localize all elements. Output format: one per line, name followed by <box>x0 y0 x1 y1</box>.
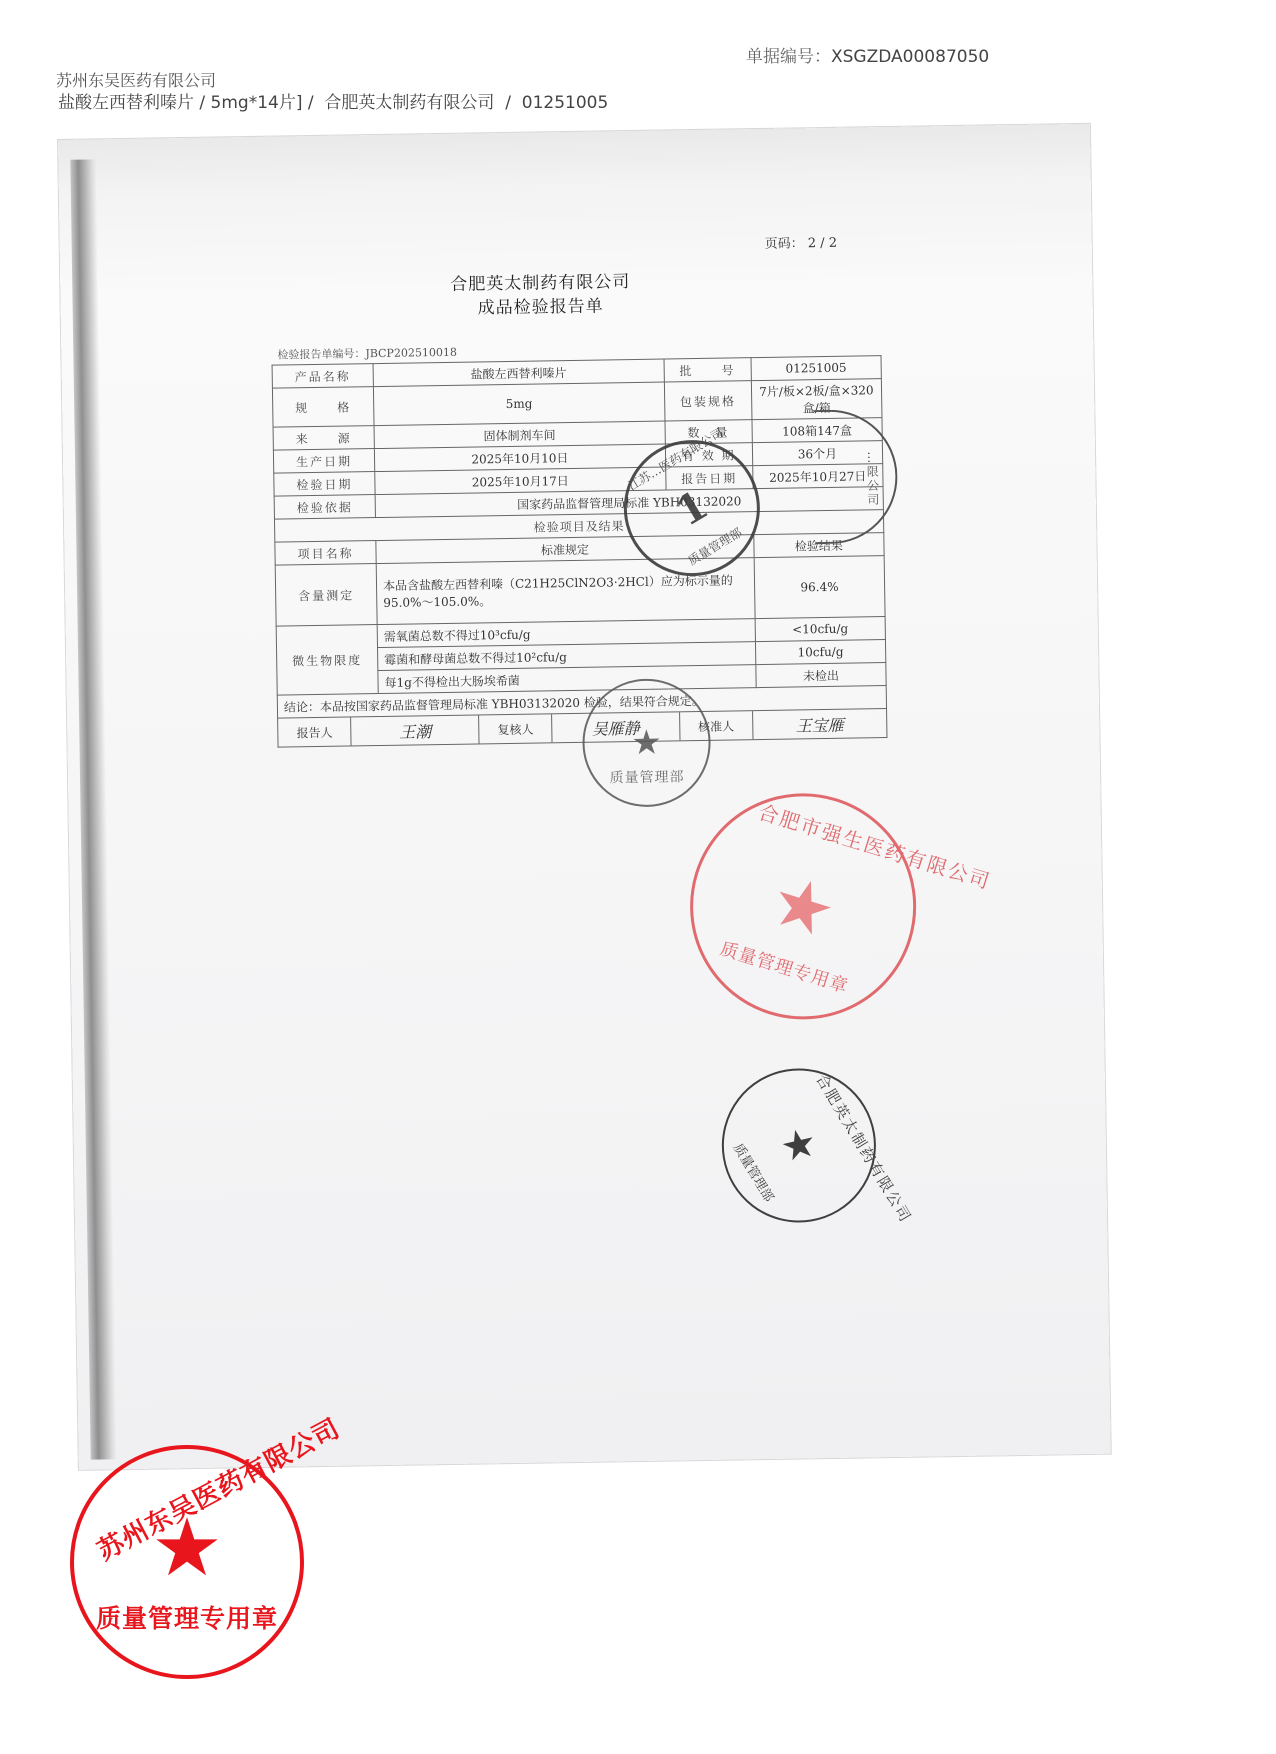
assay-item: 含量测定 <box>275 564 377 627</box>
star-icon: ★ <box>631 726 662 760</box>
microbial-result: <10cfu/g <box>755 617 886 642</box>
dongwu-quality-stamp: 苏州东吴医药有限公司 ★ 质量管理专用章 <box>70 1445 304 1679</box>
dongwu-stamp-bottom: 质量管理专用章 <box>74 1599 300 1635</box>
table-row: 含量测定 本品含盐酸左西替利嗪（C21H25ClN2O3·2HCl）应为标示量的… <box>275 556 885 627</box>
star-icon: ★ <box>151 1508 223 1588</box>
yingtai-quality-stamp: 合肥英太制药有限公司 ★ 质量管理部 <box>693 1040 904 1251</box>
basis-label: 检验依据 <box>274 495 375 520</box>
package-label: 包装规格 <box>664 381 752 421</box>
microbial-result: 10cfu/g <box>755 640 886 665</box>
report-number: 检验报告单编号：JBCP202510018 <box>277 344 457 363</box>
batch-value: 01251005 <box>751 356 882 381</box>
qiangsheng-quality-stamp: 合肥市强生医药有限公司 ★ 质量管理专用章 <box>662 765 944 1047</box>
document-number-value: XSGZDA00087050 <box>831 47 989 67</box>
assay-result: 96.4% <box>754 556 885 619</box>
partial-stamp: …限公司 <box>812 409 898 544</box>
batch-label: 批 号 <box>664 358 751 382</box>
star-icon: ★ <box>773 1120 826 1171</box>
document-number-label: 单据编号： <box>746 47 831 67</box>
reviewer-label: 复核人 <box>479 714 552 743</box>
prod-date-label: 生产日期 <box>273 449 374 474</box>
spec-value: 5mg <box>373 382 664 426</box>
page-number: 页码： 2 / 2 <box>765 232 838 252</box>
scanned-report-sheet: 页码： 2 / 2 合肥英太制药有限公司 成品检验报告单 检验报告单编号：JBC… <box>58 124 1111 1470</box>
microbial-item: 微生物限度 <box>276 625 378 696</box>
inspector-stamp-number: 1 <box>668 481 716 536</box>
reporter-label: 报告人 <box>278 717 351 746</box>
source-label: 来 源 <box>273 426 374 451</box>
header-product-line: 盐酸左西替利嗪片 / 5mg*14片] / 合肥英太制药有限公司 / 01251… <box>58 88 608 113</box>
microbial-result: 未检出 <box>756 663 887 688</box>
qm-dept-stamp-text: 质量管理部 <box>585 766 709 788</box>
star-icon: ★ <box>763 864 844 949</box>
test-date-label: 检验日期 <box>274 472 375 497</box>
spec-label: 规 格 <box>272 387 374 428</box>
document-number: 单据编号：XSGZDA00087050 <box>746 42 989 67</box>
scan-edge-shadow <box>70 159 116 1459</box>
qm-dept-stamp: ★ 质量管理部 <box>582 678 712 808</box>
partial-stamp-text: …限公司 <box>864 451 882 507</box>
item-header: 项目名称 <box>275 541 376 566</box>
inspection-table: 产品名称 盐酸左西替利嗪片 批 号 01251005 规 格 5mg 包装规格 … <box>272 355 888 748</box>
reporter-signature: 王潮 <box>351 715 479 745</box>
product-name-label: 产品名称 <box>272 364 373 389</box>
approver-signature: 王宝雁 <box>752 709 886 739</box>
